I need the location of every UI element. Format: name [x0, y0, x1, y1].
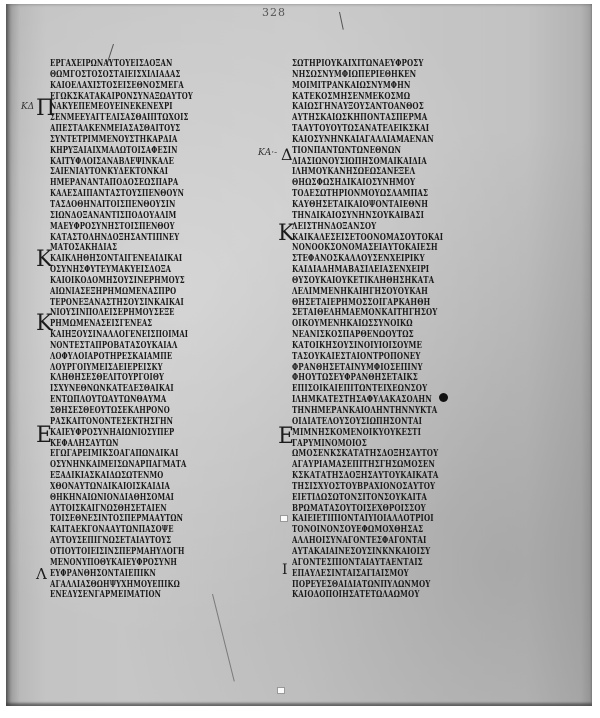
- text-line: ΚΑΙΟΔΟΠΟΙΗΣΑΤΕΤΩΛΑΩΜΟΥ: [292, 590, 527, 601]
- text-line: ΜΕΝΟΝΥΠΟΘΥΚΑΙΕΥΦΡΟΣΥΝΗ: [50, 558, 255, 569]
- text-line: ΤΟΙΣΕΘΝΕΣΙΝΤΟΣΠΕΡΜΑΑΥΤΩΝ: [50, 514, 255, 525]
- text-line: ΜΟΙΜΙΤΡΑΝΚΑΙΩΣΝΥΜΦΗΝ: [292, 81, 527, 92]
- text-line: ΙΣΧΥΝΕΘΝΩΝΚΑΤΕΔΕΣΘΑΙΚΑΙ: [50, 384, 255, 395]
- text-line: ΤΑΣΟΥΚΑΙΕΣΤΑΙΟΝΤΡΟΠΟΝΕΥ: [292, 352, 527, 363]
- text-line: ΛΟΦΥΛΟΙΑΡΟΤΗΡΕΣΚΑΙΑΜΠΕ: [50, 352, 255, 363]
- text-line: ΘΗΣΕΤΑΙΕΡΗΜΟΣΣΟΙΓΑΡΚΑΗΘΗ: [292, 298, 527, 309]
- text-line: ΚΑΤΕΚΟΣΜΗΣΕΝΜΕΚΟΣΜΩ: [292, 92, 527, 103]
- text-line: ΚΑΙΚΛΗΘΗΣΟΝΤΑΙΓΕΝΕΑΙΔΙΚΑΙ: [50, 254, 255, 265]
- text-line: ΑΥΤΑΚΑΙΑΙΝΕΣΟΥΣΙΝΚΝΚΑΙΟΙΣΥ: [292, 547, 527, 558]
- text-line: ΗΜΕΡΑΝΑΝΤΑΠΟΔΟΣΕΩΣΠΑΡΑ: [50, 178, 255, 189]
- text-line: ΦΡΑΝΘΗΣΕΤΑΙΝΥΜΦΙΟΣΕΠΙΝΥ: [292, 363, 527, 374]
- text-line: ΘΗΩΣΦΩΣΗΔΙΚΑΙΟΣΥΝΗΜΟΥ: [292, 178, 527, 189]
- text-line: ΣΥΝΤΕΤΡΙΜΜΕΝΟΥΣΤΗΚΑΡΔΙΑ: [50, 135, 255, 146]
- initial-letter: Λ: [36, 563, 47, 585]
- text-line: ΣΩΤΗΡΙΟΥΚΑΙΧΙΤΩΝΑΕΥΦΡΟΣΥ: [292, 59, 527, 70]
- text-line: ΤΕΡΟΝΕΞΑΝΑΣΤΗΣΟΥΣΙΝΚΑΙΚΑΙ: [50, 298, 255, 309]
- text-line: ΚΕΦΑΛΗΣΑΥΤΩΝ: [50, 439, 255, 450]
- initial-letter: Ι: [282, 559, 288, 581]
- text-line: ΑΙΩΝΙΑΣΕΞΗΡΗΜΩΜΕΝΑΣΠΡΟ: [50, 287, 255, 298]
- text-line: ΙΛΗΜΚΑΤΕΣΤΗΣΑΦΥΛΑΚΑΣΟΛΗΝ: [292, 395, 527, 406]
- text-line: ΜΑΕΥΦΡΟΣΥΝΗΣΤΟΙΣΠΕΝΘΟΥ: [50, 222, 255, 233]
- text-line: ΣΤΕΦΑΝΟΣΚΑΛΛΟΥΣΕΝΧΕΙΡΙΚΥ: [292, 254, 527, 265]
- text-line: ΚΗΡΥΞΑΙΑΙΧΜΑΛΩΤΟΙΣΑΦΕΣΙΝ: [50, 146, 255, 157]
- text-line: ΚΛΗΘΗΣΕΣΘΕΛΙΤΟΥΡΓΟΙΘΥ: [50, 373, 255, 384]
- text-line: ΚΑΙΤΑΕΚΓΟΝΑΑΥΤΩΝΠΑΣΟΨΕ: [50, 525, 255, 536]
- text-line: ΕΠΑΥΛΕΣΙΝΤΑΙΣΑΓΙΑΙΣΜΟΥ: [292, 569, 527, 580]
- text-line: ΤΗΝΔΙΚΑΙΟΣΥΝΗΝΣΟΥΚΑΙΒΑΣΙ: [292, 211, 527, 222]
- page-number: 328: [262, 6, 286, 19]
- text-line: ΤΟΝΟΙΝΟΝΣΟΥΕΦΩΜΟΧΘΗΣΑΣ: [292, 525, 527, 536]
- text-line: ΑΥΤΟΥΣΕΠΙΓΝΩΣΕΤΑΙΑΥΤΟΥΣ: [50, 536, 255, 547]
- text-line: ΒΡΩΜΑΤΑΣΟΥΤΟΙΣΕΧΘΡΟΙΣΣΟΥ: [292, 504, 527, 515]
- text-line: ΕΝΕΔΥΣΕΝΓΑΡΜΕΙΜΑΤΙΟΝ: [50, 590, 255, 601]
- text-line: ΚΑΙΤΥΦΛΟΙΣΑΝΑΒΛΕΨΙΝΚΑΛΕ: [50, 157, 255, 168]
- text-line: ΤΗΣΙΣΧΥΟΣΤΟΥΒΡΑΧΙΟΝΟΣΑΥΤΟΥ: [292, 482, 527, 493]
- text-line: ΝΟΝΟΟΚΣΟΝΟΜΑΣΕΙΑΥΤΟΚΑΙΕΣΗ: [292, 243, 527, 254]
- text-line: ΤΗΝΗΜΕΡΑΝΚΑΙΟΛΗΝΤΗΝΝΥΚΤΑ: [292, 406, 527, 417]
- text-line: ΕΞΑΔΙΚΙΑΣΚΑΙΔΩΣΩΤΕΝΜΟ: [50, 471, 255, 482]
- text-line: ΤΑΣΔΟΘΗΝΑΙΤΟΙΣΠΕΝΘΟΥΣΙΝ: [50, 200, 255, 211]
- initial-letter: Δ: [281, 144, 293, 166]
- text-line: ΦΗΟΥΤΩΣΕΥΦΡΑΝΘΗΣΕΤΑΙΚΣ: [292, 373, 527, 384]
- text-line: ΑΥΤΗΣΚΑΙΩΣΚΗΠΟΝΤΑΣΠΕΡΜΑ: [292, 113, 527, 124]
- text-line: ΘΩΜΓΟΣΤΟΣΟΣΤΑΙΕΙΣΧΙΛΙΑΔΑΣ: [50, 70, 255, 81]
- text-line: ΕΙΕΤΙΔΩΣΩΤΟΝΣΙΤΟΝΣΟΥΚΑΙΤΑ: [292, 493, 527, 504]
- text-line: ΟΣΥΝΗΝΚΑΙΜΕΙΣΩΝΑΡΠΑΓΜΑΤΑ: [50, 460, 255, 471]
- text-line: ΧΘΟΝΑΥΤΩΝΔΙΚΑΙΟΙΣΚΑΙΔΙΑ: [50, 482, 255, 493]
- text-line: ΕΡΓΑΧΕΙΡΩΝΑΥΤΟΥΕΙΣΔΟΞΑΝ: [50, 59, 255, 70]
- text-line: ΝΙΟΥΣΙΝΠΟΛΕΙΣΕΡΗΜΟΥΣΕΞΕ: [50, 308, 255, 319]
- text-line: ΤΑΑΥΤΟΥΟΥΤΩΣΑΝΑΤΕΛΕΙΚΣΚΑΙ: [292, 124, 527, 135]
- text-line: ΑΥΤΟΙΣΚΑΙΓΝΩΣΘΗΣΕΤΑΙΕΝ: [50, 504, 255, 515]
- text-line: ΑΓΟΝΤΕΣΠΙΟΝΤΑΙΑΥΤΑΕΝΤΑΙΣ: [292, 558, 527, 569]
- text-line: ΜΙΜΝΗΣΚΟΜΕΝΟΙΚΥΟΥΚΕΣΤΙ: [292, 428, 527, 439]
- text-line: ΑΛΛΗΟΙΣΥΝΑΓΟΝΤΕΣΦΑΓΟΝΤΑΙ: [292, 536, 527, 547]
- text-line: ΚΑΙΗΞΟΥΣΙΝΑΛΛΟΓΕΝΕΙΣΠΟΙΜΑΙ: [50, 330, 255, 341]
- text-line: ΟΣΥΝΗΣΦΥΤΕΥΜΑΚΥΕΙΣΔΟΞΑ: [50, 265, 255, 276]
- text-line: ΛΕΛΙΜΜΕΝΗΚΑΙΗΓΗΣΟΥΟΥΚΑΗ: [292, 287, 527, 298]
- text-line: ΕΠΙΣΟΙΚΑΙΕΠΙΤΩΝΤΕΙΧΕΩΝΣΟΥ: [292, 384, 527, 395]
- left-column: ΕΡΓΑΧΕΙΡΩΝΑΥΤΟΥΕΙΣΔΟΞΑΝ ΘΩΜΓΟΣΤΟΣΟΣΤΑΙΕΙ…: [50, 59, 255, 601]
- text-line: ΣΑΙΕΝΙΑΥΤΟΝΚΥΔΕΚΤΟΝΚΑΙ: [50, 167, 255, 178]
- text-line: ΑΠΕΣΤΑΛΚΕΝΜΕΙΑΣΑΣΘΑΙΤΟΥΣ: [50, 124, 255, 135]
- text-line: ΚΑΙΕΥΦΡΟΣΥΝΗΑΙΩΝΙΟΣΥΠΕΡ: [50, 428, 255, 439]
- text-line: ΝΕΑΝΙΣΚΟΣΠΑΡΘΕΝΩΟΥΤΩΣ: [292, 330, 527, 341]
- text-line: ΚΣΚΑΤΑΤΗΣΔΟΞΗΣΑΥΤΟΥΚΑΙΚΑΤΑ: [292, 471, 527, 482]
- text-line: ΟΤΙΟΥΤΟΙΕΙΣΙΝΣΠΕΡΜΑΗΥΛΟΓΗ: [50, 547, 255, 558]
- left-margin-note: ΚΔ: [21, 102, 34, 112]
- text-line: ΤΙΟΝΠΑΝΤΩΝΤΩΝΕΘΝΩΝ: [292, 146, 527, 157]
- text-line: ΙΛΗΜΟΥΚΑΝΗΣΩΕΩΣΑΝΕΞΕΛ: [292, 167, 527, 178]
- text-line: ΑΓΑΛΛΙΑΣΘΩΗΨΥΧΗΜΟΥΕΠΙΚΩ: [50, 580, 255, 591]
- text-line: ΠΟΡΕΥΕΣΘΑΙΔΙΑΤΩΝΠΥΛΩΝΜΟΥ: [292, 580, 527, 591]
- text-line: ΩΜΟΣΕΝΚΣΚΑΤΑΤΗΣΔΟΞΗΣΑΥΤΟΥ: [292, 449, 527, 460]
- text-line: ΛΟΥΡΓΟΙΥΜΕΙΣΔΕΙΕΡΕΙΣΚΥ: [50, 363, 255, 374]
- scan-marker: [280, 515, 288, 522]
- text-line: ΡΑΣΚΑΙΤΟΝΟΝΤΕΣΕΚΤΗΣΓΗΝ: [50, 417, 255, 428]
- text-line: ΕΥΦΡΑΝΘΗΣΟΝΤΑΙΕΠΙΚΝ: [50, 569, 255, 580]
- margin-stroke: [339, 12, 344, 30]
- text-line: ΝΟΝΤΕΣΤΑΠΡΟΒΑΤΑΣΟΥΚΑΙΑΛ: [50, 341, 255, 352]
- text-line: ΘΥΣΟΥΚΑΙΟΥΚΕΤΙΚΛΗΘΗΣΗΚΑΤΑ: [292, 276, 527, 287]
- manuscript-page: 328 ΚΔ ΚΑ·- Π Κ Κ Ε Λ Δ Κ Ε Ι ΕΡΓΑΧΕΙΡΩΝ…: [6, 4, 592, 706]
- right-column: ΣΩΤΗΡΙΟΥΚΑΙΧΙΤΩΝΑΕΥΦΡΟΣΥ ΝΗΣΩΣΝΥΜΦΙΩΠΕΡΙ…: [292, 59, 527, 601]
- text-line: ΟΙΔΙΑΤΕΛΟΥΣΟΥΣΙΩΠΗΣΟΝΤΑΙ: [292, 417, 527, 428]
- text-line: ΕΓΩΚΣΚΑΤΑΚΑΙΡΟΝΣΥΝΑΞΩΑΥΤΟΥ: [50, 92, 255, 103]
- text-line: ΓΑΡΥΜΙΝΟΜΟΙΟΣ: [292, 439, 527, 450]
- text-line: ΟΙΚΟΥΜΕΝΗΚΑΙΩΣΣΥΝΟΙΚΩ: [292, 319, 527, 330]
- text-line: ΛΕΙΣΤΗΝΔΟΞΑΝΣΟΥ: [292, 222, 527, 233]
- text-line: ΣΘΗΣΕΣΘΕΟΥΤΩΣΕΚΛΗΡΟΝΟ: [50, 406, 255, 417]
- parchment-crease: [212, 594, 235, 682]
- scan-marker: [277, 687, 285, 694]
- text-line: ΚΑΤΟΙΚΗΣΟΥΣΙΝΟΙΥΙΟΙΣΟΥΜΕ: [292, 341, 527, 352]
- text-line: ΝΗΣΩΣΝΥΜΦΙΩΠΕΡΙΕΘΗΚΕΝ: [292, 70, 527, 81]
- text-line: ΔΙΑΣΙΩΝΟΥΣΙΩΠΗΣΟΜΑΙΚΑΙΔΙΑ: [292, 157, 527, 168]
- text-line: ΤΟΔΕΣΩΤΗΡΙΟΝΜΟΥΩΣΛΑΜΠΑΣ: [292, 189, 527, 200]
- text-line: ΚΑΙΚΑΛΕΣΕΙΣΕΤΟΟΝΟΜΑΣΟΥΤΟΚΑΙ: [292, 233, 527, 244]
- text-line: ΚΑΙΟΙΚΟΔΟΜΗΣΟΥΣΙΝΕΡΗΜΟΥΣ: [50, 276, 255, 287]
- ink-blot: [439, 393, 448, 402]
- text-line: ΝΑΚΥΕΠΕΜΕΟΥΕΙΝΕΚΕΝΕΧΡΙ: [50, 102, 255, 113]
- text-line: ΣΙΩΝΔΟΞΑΝΑΝΤΙΣΠΟΔΟΥΑΛΙΜ: [50, 211, 255, 222]
- text-line: ΕΝΤΩΠΛΟΥΤΩΑΥΤΩΝΘΑΥΜΑ: [50, 395, 255, 406]
- text-line: ΡΗΜΩΜΕΝΑΣΕΙΣΓΕΝΕΑΣ: [50, 319, 255, 330]
- text-line: ΚΑΛΕΣΑΙΠΑΝΤΑΣΤΟΥΣΠΕΝΘΟΥΝ: [50, 189, 255, 200]
- text-line: ΣΕΝΜΕΕΥΑΓΓΕΛΙΣΑΣΘΑΙΠΤΩΧΟΙΣ: [50, 113, 255, 124]
- right-margin-note: ΚΑ·-: [258, 148, 277, 158]
- text-line: ΜΑΤΟΣΑΚΗΔΙΑΣ: [50, 243, 255, 254]
- text-line: ΕΓΩΓΑΡΕΙΜΙΚΣΟΑΓΑΠΩΝΔΙΚΑΙ: [50, 449, 255, 460]
- text-line: ΣΕΤΑΙΘΕΛΗΜΑΕΜΟΝΚΑΙΤΗΓΗΣΟΥ: [292, 308, 527, 319]
- text-line: ΚΑΙΟΕΛΑΧΙΣΤΟΣΕΙΣΕΘΝΟΣΜΕΓΑ: [50, 81, 255, 92]
- text-line: ΚΑΙΔΙΑΔΗΜΑΒΑΣΙΛΕΙΑΣΕΝΧΕΙΡΙ: [292, 265, 527, 276]
- text-line: ΘΗΚΗΝΑΙΩΝΙΟΝΔΙΑΘΗΣΟΜΑΙ: [50, 493, 255, 504]
- text-line: ΚΑΙΟΣΥΝΗΝΚΑΙΑΓΑΛΛΙΑΜΑΕΝΑΝ: [292, 135, 527, 146]
- text-line: ΚΑΙΕΙΕΤΙΠΙΟΝΤΑΙΥΙΟΙΑΛΛΟΤΡΙΟΙ: [292, 514, 527, 525]
- text-line: ΚΑΙΩΣΓΗΝΑΥΞΟΥΣΑΝΤΟΑΝΘΟΣ: [292, 102, 527, 113]
- text-line: ΚΑΥΘΗΣΕΤΑΙΚΑΙΟΨΟΝΤΑΙΕΘΝΗ: [292, 200, 527, 211]
- text-line: ΚΑΤΑΣΤΟΛΗΝΔΟΞΗΣΑΝΤΙΠΝΕΥ: [50, 233, 255, 244]
- text-line: ΑΓΑΥΡΙΑΜΑΣΕΠΙΤΗΣΓΗΣΩΜΟΣΕΝ: [292, 460, 527, 471]
